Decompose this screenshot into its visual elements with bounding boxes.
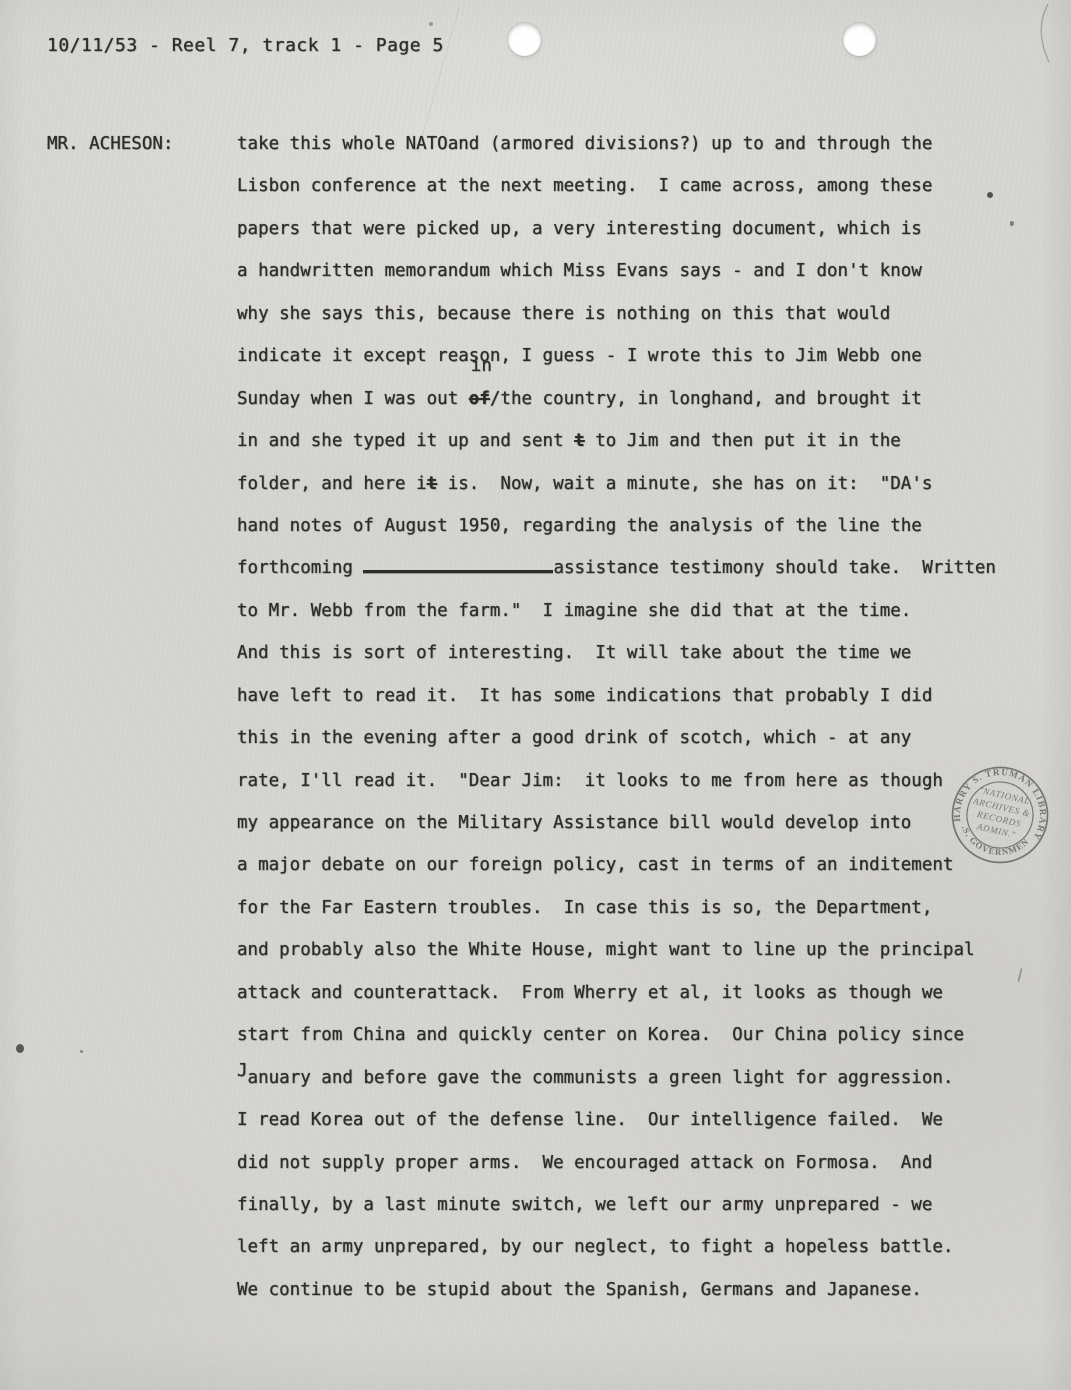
hole-punch-left xyxy=(508,23,541,56)
transcript-text: to Jim and then put it in the xyxy=(585,431,901,451)
transcript-line: folder, and here it is. Now, wait a minu… xyxy=(237,463,1027,505)
transcript-line: Lisbon conference at the next meeting. I… xyxy=(237,165,1027,207)
page-curl-mark xyxy=(1020,0,1070,70)
typed-correction: t xyxy=(574,431,585,451)
transcript-text: I read Korea out of the defense line. Ou… xyxy=(237,1110,943,1130)
transcript-text: /the country, in longhand, and brought i… xyxy=(490,389,922,409)
transcript-line: January and before gave the communists a… xyxy=(237,1057,1027,1099)
typed-correction: of xyxy=(469,389,490,409)
paper-speck xyxy=(987,192,993,198)
transcript-line: Sunday when I was out ofin/the country, … xyxy=(237,378,1027,420)
hole-punch-right xyxy=(843,23,876,56)
transcript-line: take this whole NATOand (armored divisio… xyxy=(237,123,1027,165)
transcript-line: left an army unprepared, by our neglect,… xyxy=(237,1226,1027,1268)
transcript-line: rate, I'll read it. "Dear Jim: it looks … xyxy=(237,760,1027,802)
transcript-text: have left to read it. It has some indica… xyxy=(237,686,932,706)
transcript-line: indicate it except reason, I guess - I w… xyxy=(237,335,1027,377)
transcript-text: in and she typed it up and sent xyxy=(237,431,574,451)
transcript-line: a major debate on our foreign policy, ca… xyxy=(237,844,1027,886)
transcript-text: a major debate on our foreign policy, ca… xyxy=(237,855,953,875)
transcript-text: And this is sort of interesting. It will… xyxy=(237,643,911,663)
transcript-line: to Mr. Webb from the farm." I imagine sh… xyxy=(237,590,1027,632)
transcript-text: Sunday when I was out xyxy=(237,389,469,409)
transcript-text: for the Far Eastern troubles. In case th… xyxy=(237,898,932,918)
typed-correction: J xyxy=(237,1050,248,1092)
transcript-line: attack and counterattack. From Wherry et… xyxy=(237,972,1027,1014)
transcript-line: this in the evening after a good drink o… xyxy=(237,717,1027,759)
transcript-line: my appearance on the Military Assistance… xyxy=(237,802,1027,844)
transcript-text: to Mr. Webb from the farm." I imagine sh… xyxy=(237,601,911,621)
transcript-text: folder, and here i xyxy=(237,474,427,494)
transcript-text: hand notes of August 1950, regarding the… xyxy=(237,516,922,536)
transcript-text: take this whole NATOand (armored divisio… xyxy=(237,134,932,154)
transcript-line: papers that were picked up, a very inter… xyxy=(237,208,1027,250)
transcript-line: We continue to be stupid about the Spani… xyxy=(237,1269,1027,1311)
transcript-line: forthcoming assistance testimony should … xyxy=(237,547,1027,589)
transcript-text: why she says this, because there is noth… xyxy=(237,304,890,324)
transcript-text: We continue to be stupid about the Spani… xyxy=(237,1280,922,1300)
transcript-line: I read Korea out of the defense line. Ou… xyxy=(237,1099,1027,1141)
paper-speck xyxy=(80,1050,83,1053)
transcript-body: take this whole NATOand (armored divisio… xyxy=(237,123,1027,1311)
transcript-line: start from China and quickly center on K… xyxy=(237,1014,1027,1056)
transcript-text: anuary and before gave the communists a … xyxy=(248,1068,954,1088)
transcript-text: rate, I'll read it. "Dear Jim: it looks … xyxy=(237,771,943,791)
transcript-line: And this is sort of interesting. It will… xyxy=(237,632,1027,674)
transcript-text: forthcoming xyxy=(237,558,363,578)
transcript-line: and probably also the White House, might… xyxy=(237,929,1027,971)
transcript-line: have left to read it. It has some indica… xyxy=(237,675,1027,717)
transcript-text: left an army unprepared, by our neglect,… xyxy=(237,1237,953,1257)
transcript-text: papers that were picked up, a very inter… xyxy=(237,219,922,239)
transcript-line: why she says this, because there is noth… xyxy=(237,293,1027,335)
paper-speck xyxy=(16,1044,24,1053)
transcript-line: for the Far Eastern troubles. In case th… xyxy=(237,887,1027,929)
transcript-text: Lisbon conference at the next meeting. I… xyxy=(237,176,932,196)
page-header: 10/11/53 - Reel 7, track 1 - Page 5 xyxy=(47,30,444,62)
transcript-text: assistance testimony should take. Writte… xyxy=(553,558,996,578)
paper-speck xyxy=(1010,221,1014,226)
transcript-line: a handwritten memorandum which Miss Evan… xyxy=(237,250,1027,292)
transcript-text: is. Now, wait a minute, she has on it: "… xyxy=(437,474,932,494)
transcript-line: hand notes of August 1950, regarding the… xyxy=(237,505,1027,547)
transcript-text: indicate it except reason, I guess - I w… xyxy=(237,346,922,366)
transcript-text: and probably also the White House, might… xyxy=(237,940,975,960)
blank-underline xyxy=(363,556,553,573)
scanned-document-page: 10/11/53 - Reel 7, track 1 - Page 5 MR. … xyxy=(0,0,1071,1390)
speaker-label: MR. ACHESON: xyxy=(47,123,173,165)
transcript-text: finally, by a last minute switch, we lef… xyxy=(237,1195,932,1215)
typed-insertion-above: in xyxy=(471,358,492,376)
transcript-text: did not supply proper arms. We encourage… xyxy=(237,1153,932,1173)
transcript-line: in and she typed it up and sent t to Jim… xyxy=(237,420,1027,462)
transcript-text: attack and counterattack. From Wherry et… xyxy=(237,983,943,1003)
transcript-line: finally, by a last minute switch, we lef… xyxy=(237,1184,1027,1226)
transcript-text: start from China and quickly center on K… xyxy=(237,1025,964,1045)
transcript-text: my appearance on the Military Assistance… xyxy=(237,813,911,833)
transcript-text: a handwritten memorandum which Miss Evan… xyxy=(237,261,922,281)
transcript-text: this in the evening after a good drink o… xyxy=(237,728,911,748)
paper-speck xyxy=(429,22,433,26)
typed-correction: t xyxy=(427,474,438,494)
transcript-line: did not supply proper arms. We encourage… xyxy=(237,1142,1027,1184)
